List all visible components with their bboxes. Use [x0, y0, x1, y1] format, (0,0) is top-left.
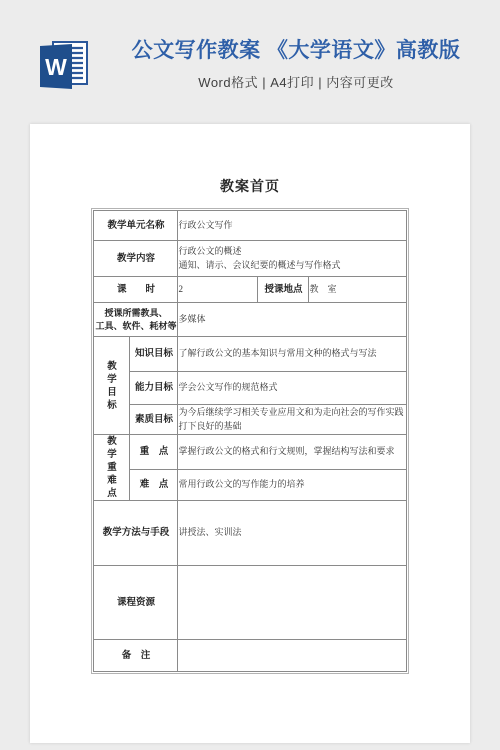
header-text: 公文写作教案 《大学语文》高教版 Word格式 | A4打印 | 内容可更改 [132, 39, 461, 90]
header: W 公文写作教案 《大学语文》高教版 Word格式 | A4打印 | 内容可更改 [0, 0, 500, 124]
lesson-plan-heading: 教案首页 [30, 176, 470, 196]
unit-name-value: 行政公文写作 [178, 211, 406, 241]
unit-name-label: 教学单元名称 [94, 211, 178, 241]
table-row: 素质目标 为今后继续学习相关专业应用文和为走向社会的写作实践 打下良好的基础 [94, 405, 406, 435]
course-resources-value [178, 566, 406, 640]
knowledge-objective-value: 了解行政公文的基本知识与常用文种的格式与写法 [178, 337, 406, 372]
course-resources-label: 课程资源 [94, 566, 178, 640]
table-row: 能力目标 学会公文写作的规范格式 [94, 372, 406, 405]
teaching-methods-label: 教学方法与手段 [94, 501, 178, 566]
word-icon-letter: W [45, 54, 67, 80]
word-icon: W [40, 41, 90, 89]
table-row: 备 注 [94, 640, 406, 672]
ability-objective-label: 能力目标 [130, 372, 178, 405]
teaching-methods-value: 讲授法、实训法 [178, 501, 406, 566]
page-subtitle: Word格式 | A4打印 | 内容可更改 [198, 72, 393, 91]
knowledge-objective-label: 知识目标 [130, 337, 178, 372]
key-point-value: 掌握行政公文的格式和行文规则，掌握结构写法和要求 [178, 435, 406, 470]
key-points-group-cell: 教学重难点 [94, 435, 130, 501]
objectives-group-cell: 教学目标 [94, 337, 130, 435]
class-hours-label: 课 时 [94, 277, 178, 303]
key-points-group-label: 教学重难点 [106, 435, 117, 500]
remarks-value [178, 640, 406, 672]
table-row: 教学方法与手段 讲授法、实训法 [94, 501, 406, 566]
location-label: 授课地点 [258, 277, 309, 303]
table-row: 教学重难点 重 点 掌握行政公文的格式和行文规则，掌握结构写法和要求 [94, 435, 406, 470]
class-hours-value: 2 [178, 277, 258, 303]
quality-objective-label: 素质目标 [130, 405, 178, 435]
teaching-content-value: 行政公文的概述 通知、请示、会议纪要的概述与写作格式 [178, 241, 406, 277]
lesson-plan-table-border: 教学单元名称 行政公文写作 教学内容 行政公文的概述 通知、请示、会议纪要的概述… [91, 208, 408, 674]
quality-objective-value: 为今后继续学习相关专业应用文和为走向社会的写作实践 打下良好的基础 [178, 405, 406, 435]
difficulty-value: 常用行政公文的写作能力的培养 [178, 469, 406, 500]
table-row: 教学单元名称 行政公文写作 [94, 211, 406, 241]
table-row: 授课所需教具、 工具、软件、耗材等 多媒体 [94, 303, 406, 337]
page-title: 公文写作教案 《大学语文》高教版 [132, 39, 461, 62]
ability-objective-value: 学会公文写作的规范格式 [178, 372, 406, 405]
table-row: 难 点 常用行政公文的写作能力的培养 [94, 469, 406, 500]
location-value: 教 室 [309, 277, 406, 303]
table-row: 课程资源 [94, 566, 406, 640]
key-point-label: 重 点 [130, 435, 178, 470]
teaching-tools-value: 多媒体 [178, 303, 406, 337]
difficulty-label: 难 点 [130, 469, 178, 500]
teaching-tools-label: 授课所需教具、 工具、软件、耗材等 [94, 303, 178, 337]
table-row: 课 时 2 授课地点 教 室 [94, 277, 406, 303]
lesson-plan-table: 教学单元名称 行政公文写作 教学内容 行政公文的概述 通知、请示、会议纪要的概述… [93, 210, 406, 672]
document-page: 教案首页 教学单元名称 行政公文写作 教学内容 行政公文的概述 通知、请示、会议… [30, 124, 470, 743]
remarks-label: 备 注 [94, 640, 178, 672]
table-row: 教学目标 知识目标 了解行政公文的基本知识与常用文种的格式与写法 [94, 337, 406, 372]
teaching-content-label: 教学内容 [94, 241, 178, 277]
table-row: 教学内容 行政公文的概述 通知、请示、会议纪要的概述与写作格式 [94, 241, 406, 277]
objectives-group-label: 教学目标 [106, 360, 117, 412]
